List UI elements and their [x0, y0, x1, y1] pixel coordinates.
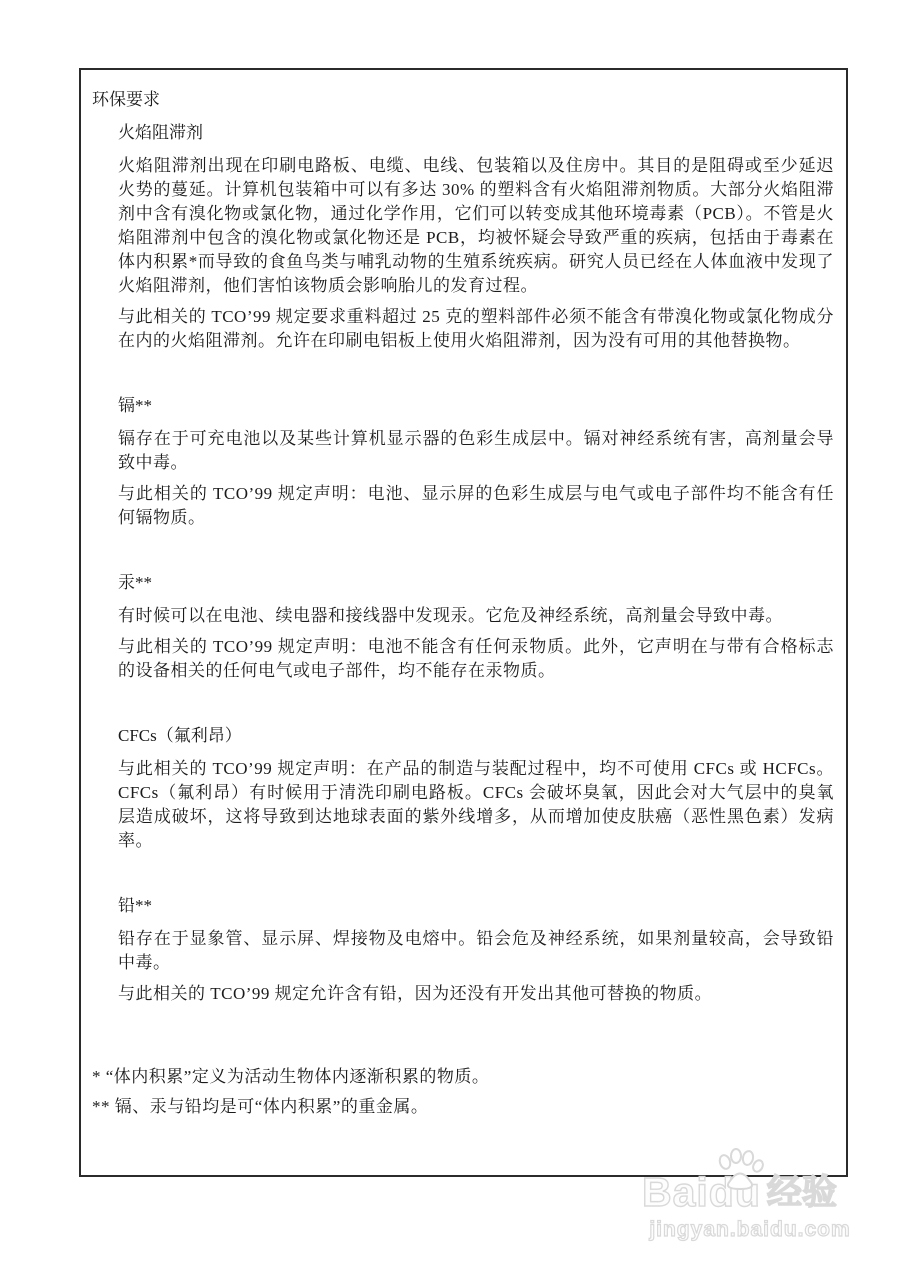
document-page-frame: 环保要求 火焰阻滞剂 火焰阻滞剂出现在印刷电路板、电缆、电线、包装箱以及住房中。… — [79, 68, 848, 1177]
section-cfcs: CFCs（氟利昂） 与此相关的 TCO’99 规定声明：在产品的制造与装配过程中… — [118, 724, 834, 853]
section-flame-retardants: 火焰阻滞剂 火焰阻滞剂出现在印刷电路板、电缆、电线、包装箱以及住房中。其目的是阻… — [118, 121, 834, 353]
section-heading-cfcs: CFCs（氟利昂） — [118, 724, 834, 748]
section-heading-flame-retardants: 火焰阻滞剂 — [118, 121, 834, 145]
mercury-paragraph: 有时候可以在电池、续电器和接线器中发现汞。它危及神经系统，高剂量会导致中毒。 — [118, 604, 834, 628]
footnotes: * “体内积累”定义为活动生物体内逐渐积累的物质。 ** 镉、汞与铅均是可“体内… — [92, 1062, 834, 1122]
section-lead: 铅** 铅存在于显象管、显示屏、焊接物及电熔中。铅会危及神经系统，如果剂量较高，… — [118, 894, 834, 1006]
mercury-tco-paragraph: 与此相关的 TCO’99 规定声明：电池不能含有任何汞物质。此外，它声明在与带有… — [118, 635, 834, 683]
cadmium-tco-paragraph: 与此相关的 TCO’99 规定声明：电池、显示屏的色彩生成层与电气或电子部件均不… — [118, 482, 834, 530]
section-heading-lead: 铅** — [118, 894, 834, 918]
section-heading-cadmium: 镉** — [118, 394, 834, 418]
footnote-bioaccumulation: * “体内积累”定义为活动生物体内逐渐积累的物质。 — [92, 1062, 834, 1092]
section-cadmium: 镉** 镉存在于可充电池以及某些计算机显示器的色彩生成层中。镉对神经系统有害，高… — [118, 394, 834, 530]
watermark-url: jingyan.baidu.com — [642, 1217, 858, 1243]
flame-retardants-paragraph: 火焰阻滞剂出现在印刷电路板、电缆、电线、包装箱以及住房中。其目的是阻碍或至少延迟… — [118, 154, 834, 298]
footnote-heavy-metals: ** 镉、汞与铅均是可“体内积累”的重金属。 — [92, 1092, 834, 1122]
cfcs-paragraph: 与此相关的 TCO’99 规定声明：在产品的制造与装配过程中，均不可使用 CFC… — [118, 757, 834, 853]
cadmium-paragraph: 镉存在于可充电池以及某些计算机显示器的色彩生成层中。镉对神经系统有害，高剂量会导… — [118, 427, 834, 475]
lead-paragraph: 铅存在于显象管、显示屏、焊接物及电熔中。铅会危及神经系统，如果剂量较高，会导致铅… — [118, 927, 834, 975]
lead-tco-paragraph: 与此相关的 TCO’99 规定允许含有铅，因为还没有开发出其他可替换的物质。 — [118, 982, 834, 1006]
section-heading-mercury: 汞** — [118, 571, 834, 595]
flame-retardants-tco-paragraph: 与此相关的 TCO’99 规定要求重料超过 25 克的塑料部件必须不能含有带溴化… — [118, 305, 834, 353]
section-mercury: 汞** 有时候可以在电池、续电器和接线器中发现汞。它危及神经系统，高剂量会导致中… — [118, 571, 834, 683]
jingyan-logo-text: 经验 — [767, 1172, 837, 1214]
page-title: 环保要求 — [92, 88, 834, 112]
